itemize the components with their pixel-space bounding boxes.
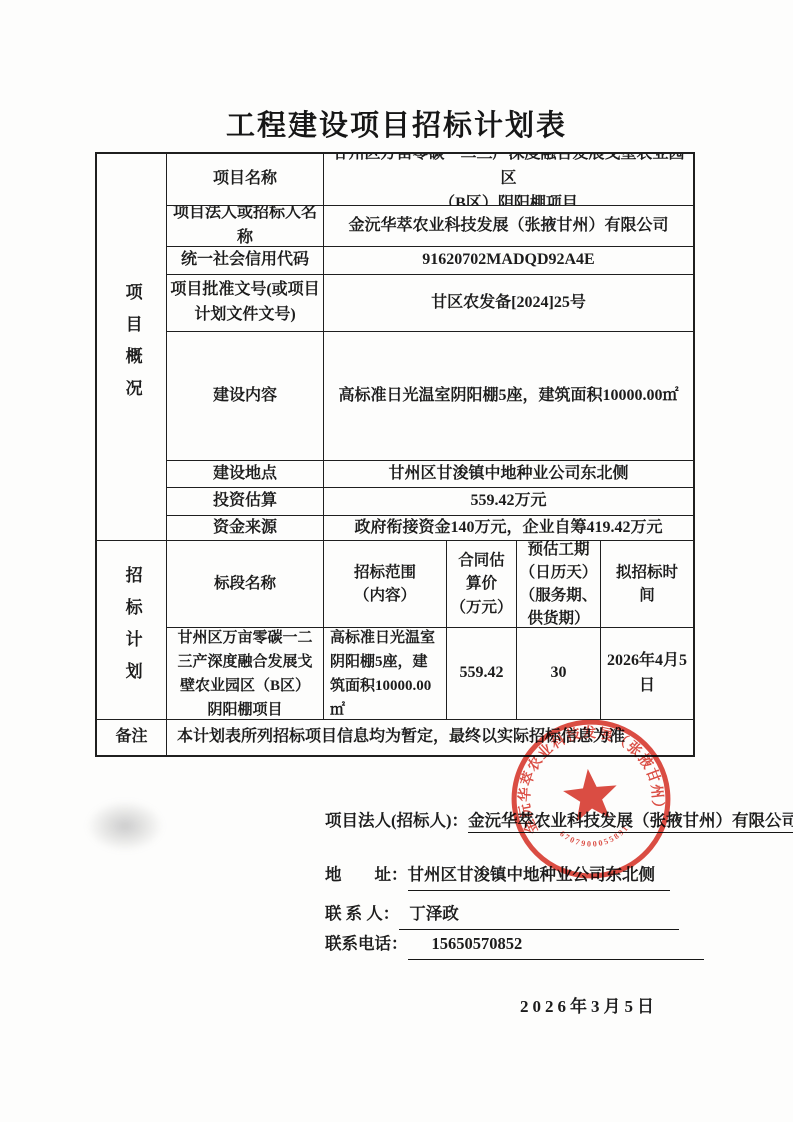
remark-label: 备注 [97, 720, 167, 755]
signature-contact-line: 联 系 人：丁泽政 [325, 901, 679, 930]
field-value-legal-person: 金沅华萃农业科技发展（张掖甘州）有限公司 [324, 206, 693, 247]
field-label-funding-source: 资金来源 [167, 516, 324, 541]
document-title: 工程建设项目招标计划表 [0, 103, 793, 144]
bid-row-estimate: 559.42 [447, 628, 517, 720]
field-label-project-name: 项目名称 [167, 154, 324, 206]
bidding-plan-section: 招标计划 标段名称 招标范围 （内容） 合同估 算价 （万元） 预估工期 （日历… [97, 541, 693, 720]
field-value-approval-number: 甘区农发备[2024]25号 [324, 275, 693, 332]
field-value-funding-source: 政府衔接资金140万元，企业自筹419.42万元 [324, 516, 693, 541]
column-header-bid-scope: 招标范围 （内容） [324, 541, 447, 628]
company-seal-stamp: 金沅华萃农业科技发展（张掖甘州）有限公司 6707900055891 [496, 704, 685, 893]
field-value-construction-content: 高标准日光温室阴阳棚5座，建筑面积10000.00㎡ [324, 332, 693, 461]
field-label-approval-number: 项目批准文号(或项目计划文件文号) [167, 275, 324, 332]
field-value-investment-estimate: 559.42万元 [324, 488, 693, 516]
document-date: 2026年3月5日 [520, 992, 658, 1017]
signature-legal-person-label: 项目法人(招标人)： [325, 811, 468, 830]
field-label-credit-code: 统一社会信用代码 [167, 247, 324, 275]
signature-address-label: 地 址： [325, 865, 408, 884]
field-label-construction-site: 建设地点 [167, 461, 324, 488]
section-label-text: 招标计划 [118, 566, 144, 694]
scan-smudge-artifact [86, 800, 164, 852]
field-value-project-name: 甘州区万亩零碳一二三产深度融合发展戈壁农业园区 （B区）阴阳棚项目 [324, 154, 693, 206]
signature-phone-label: 联系电话： [325, 934, 408, 953]
section-label-text: 项目概况 [118, 283, 144, 411]
section-label-project-overview: 项目概况 [97, 154, 167, 541]
bid-row-duration: 30 [517, 628, 601, 720]
field-label-legal-person: 项目法人或招标人名称 [167, 206, 324, 247]
bidding-plan-table: 项目概况 项目名称 甘州区万亩零碳一二三产深度融合发展戈壁农业园区 （B区）阴阳… [95, 152, 695, 757]
svg-text:6707900055891: 6707900055891 [557, 822, 632, 852]
column-header-contract-estimate: 合同估 算价 （万元） [447, 541, 517, 628]
bid-row-scope: 高标准日光温室阴阳棚5座，建筑面积10000.00㎡ [324, 628, 447, 720]
seal-serial-number: 6707900055891 [557, 822, 632, 852]
column-header-proposed-bid-time: 拟招标时 间 [601, 541, 693, 628]
document-page: 工程建设项目招标计划表 项目概况 项目名称 甘州区万亩零碳一二三产深度融合发展戈… [0, 0, 793, 1122]
field-value-construction-site: 甘州区甘浚镇中地种业公司东北侧 [324, 461, 693, 488]
bid-row-section-name: 甘州区万亩零碳一二三产深度融合发展戈壁农业园区（B区）阴阳棚项目 [167, 628, 324, 720]
signature-phone-line: 联系电话：15650570852 [325, 931, 704, 960]
signature-contact-value: 丁泽政 [399, 901, 679, 930]
field-label-construction-content: 建设内容 [167, 332, 324, 461]
column-header-section-name: 标段名称 [167, 541, 324, 628]
signature-contact-label: 联 系 人： [325, 904, 399, 923]
seal-star-icon [561, 766, 620, 823]
field-value-credit-code: 91620702MADQD92A4E [324, 247, 693, 275]
column-header-estimated-duration: 预估工期 （日历天） （服务期、 供货期） [517, 541, 601, 628]
project-overview-section: 项目概况 项目名称 甘州区万亩零碳一二三产深度融合发展戈壁农业园区 （B区）阴阳… [97, 154, 693, 541]
field-label-investment-estimate: 投资估算 [167, 488, 324, 516]
section-label-bidding-plan: 招标计划 [97, 541, 167, 720]
signature-phone-value: 15650570852 [408, 931, 704, 960]
